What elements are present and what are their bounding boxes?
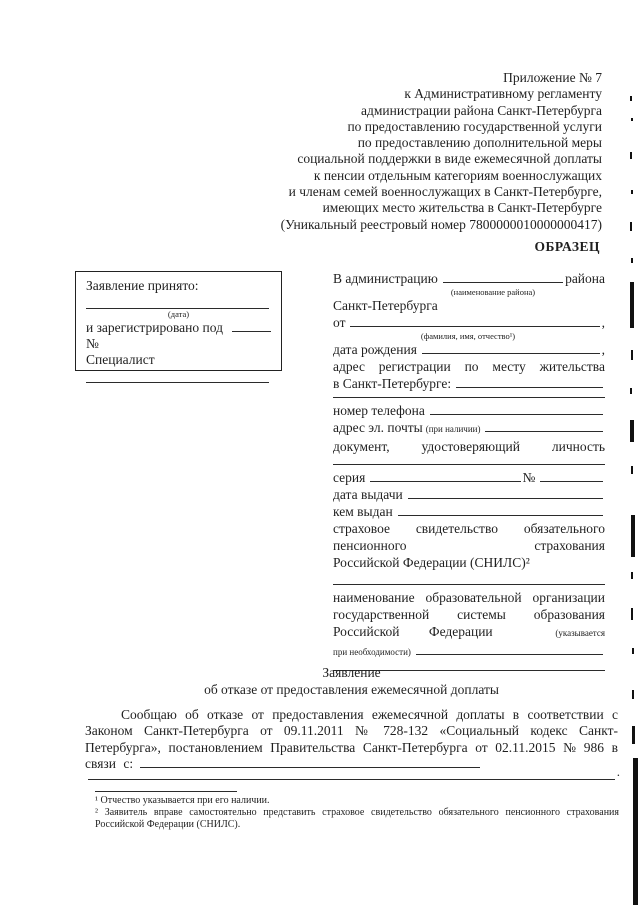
issue-date-label: дата выдачи [333, 486, 403, 503]
scan-artifact-segment [630, 420, 634, 442]
identity-doc-label: документ, удостоверяющий личность [333, 438, 605, 455]
district-name-blank [443, 270, 563, 283]
addressee-block: В администрацию района (наименование рай… [333, 270, 605, 671]
scan-artifact-segment [630, 96, 632, 101]
reason-continuation-blank [88, 766, 615, 780]
series-label: серия [333, 469, 365, 486]
appendix-header-line: и членам семей военнослужащих в Санкт-Пе… [42, 184, 602, 200]
appendix-header-line: к Административному регламенту [42, 86, 602, 102]
org-label-line3: Российской Федерации [333, 623, 493, 640]
scan-artifact-segment [631, 350, 633, 360]
to-administration-label: В администрацию [333, 270, 438, 287]
issued-by-blank [398, 503, 603, 516]
address-city-label: в Санкт-Петербурге: [333, 375, 451, 392]
district-suffix-label: района [565, 270, 605, 287]
birth-date-comma: , [602, 341, 605, 358]
intake-stamp-box: Заявление принято: (дата) и зарегистриро… [75, 271, 282, 371]
phone-blank [430, 402, 603, 415]
scan-artifact-segment [630, 388, 632, 394]
scan-artifact-segment [632, 648, 634, 654]
email-caption: (при наличии) [426, 421, 481, 438]
issue-date-blank [408, 486, 603, 499]
statement-title-line1: Заявление [85, 664, 618, 681]
intake-registered-label: и зарегистрировано под № [86, 320, 227, 352]
scan-artifact-segment [631, 118, 633, 121]
email-label: адрес эл. почты [333, 419, 423, 436]
org-label-line1: наименование образовательной организации [333, 589, 605, 606]
appendix-header-line: администрации района Санкт-Петербурга [42, 103, 602, 119]
appendix-header-line: имеющих место жительства в Санкт-Петербу… [42, 200, 602, 216]
phone-label: номер телефона [333, 402, 425, 419]
district-caption: (наименование района) [428, 287, 558, 297]
snils-label-line3: Российской Федерации (СНИЛС)² [333, 554, 605, 571]
appendix-header-line: по предоставлению государственной услуги [42, 119, 602, 135]
from-label: от [333, 314, 345, 331]
org-label-line2: государственной системы образования [333, 606, 605, 623]
sample-label: ОБРАЗЕЦ [535, 239, 601, 255]
statement-body: Сообщаю об отказе от предоставления ежем… [85, 707, 618, 772]
name-caption: (фамилия, имя, отчество¹) [353, 331, 583, 341]
applicant-name-blank [350, 314, 599, 327]
footnote-2: ² Заявитель вправе самостоятельно предст… [95, 807, 619, 830]
footnote-1: ¹ Отчество указывается при его наличии. [95, 795, 619, 806]
snils-blank [333, 584, 605, 585]
footnote-separator [95, 791, 237, 792]
scan-artifact-segment [631, 608, 633, 620]
org-caption-part1: (указывается [555, 625, 605, 642]
intake-date-caption: (дата) [86, 309, 271, 319]
appendix-header-line: по предоставлению дополнительной меры [42, 135, 602, 151]
from-comma: , [602, 314, 605, 331]
scan-artifact-segment [631, 515, 635, 557]
issued-by-label: кем выдан [333, 503, 393, 520]
scan-artifact-segment [630, 282, 634, 328]
scanned-document-page: Приложение № 7 к Административному регла… [0, 0, 640, 905]
birth-date-label: дата рождения [333, 341, 417, 358]
number-blank [540, 469, 603, 482]
scan-artifact-segment [630, 222, 632, 231]
intake-accepted-label: Заявление принято: [86, 278, 271, 294]
statement-body-text: Сообщаю об отказе от предоставления ежем… [85, 707, 618, 771]
identity-doc-blank [333, 464, 605, 465]
address-blank [456, 375, 603, 388]
org-caption-part2: при необходимости) [333, 644, 411, 661]
city-label: Санкт-Петербурга [333, 297, 605, 314]
snils-label-line1: страховое свидетельство обязательного [333, 520, 605, 537]
scan-artifact-segment [631, 466, 633, 474]
registration-address-label: адрес регистрации по месту жительства [333, 358, 605, 375]
appendix-header: Приложение № 7 к Административному регла… [42, 70, 602, 233]
snils-label-line2: пенсионного страхования [333, 537, 605, 554]
email-blank [485, 419, 603, 432]
scan-artifact-segment [632, 726, 635, 744]
scan-artifact-segment [630, 152, 632, 159]
trailing-period: . [617, 764, 620, 780]
appendix-header-line: Приложение № 7 [42, 70, 602, 86]
scan-artifact-segment [631, 572, 633, 579]
series-blank [370, 469, 520, 482]
number-sign: № [523, 469, 536, 486]
org-name-blank [416, 642, 603, 655]
reason-continuation-line: . [88, 764, 620, 780]
address-continuation-blank [333, 397, 605, 398]
appendix-header-line: к пенсии отдельным категориям военнослуж… [42, 168, 602, 184]
scan-artifact-segment [632, 690, 634, 699]
intake-specialist-signature-blank [86, 382, 269, 383]
appendix-header-line: (Уникальный реестровый номер 78000000100… [42, 217, 602, 233]
statement-title: Заявление об отказе от предоставления еж… [85, 664, 618, 698]
scan-artifact-segment [633, 758, 638, 905]
intake-specialist-label: Специалист [86, 352, 271, 368]
appendix-header-line: социальной поддержки в виде ежемесячной … [42, 151, 602, 167]
scan-artifact-segment [631, 190, 633, 194]
scan-artifact-segment [631, 258, 633, 263]
birth-date-blank [422, 341, 600, 354]
intake-registration-number-blank [232, 331, 271, 332]
statement-title-line2: об отказе от предоставления ежемесячной … [85, 681, 618, 698]
